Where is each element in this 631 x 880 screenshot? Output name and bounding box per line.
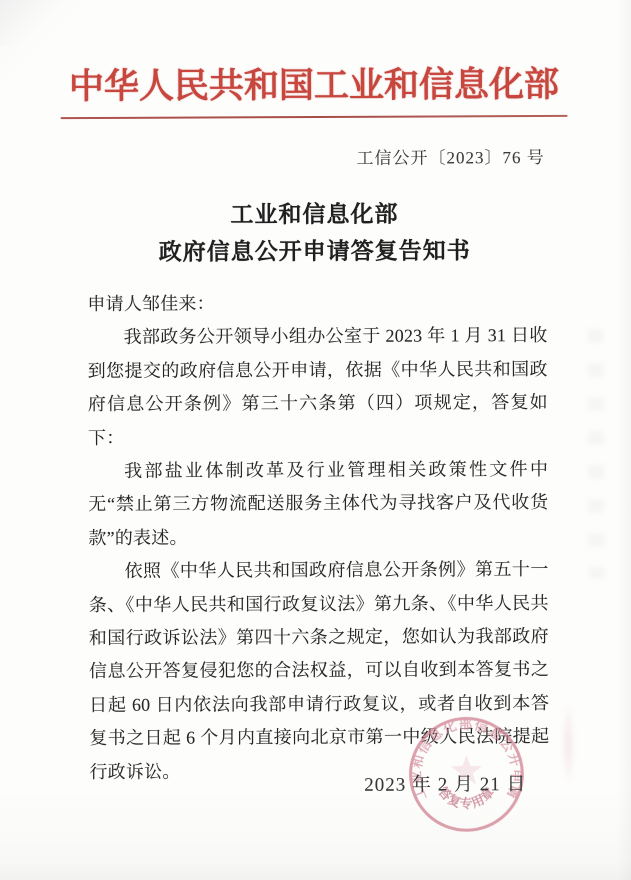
body-paragraph: 我部盐业体制改革及行业管理相关政策性文件中无“禁止第三方物流配送服务主体代为寻找… [88, 453, 548, 555]
document-number: 工信公开〔2023〕76 号 [356, 143, 544, 169]
letterhead-divider-rule [61, 115, 568, 119]
document-title-line1: 工业和信息化部 [0, 195, 630, 235]
letterhead-org-name: 中华人民共和国工业和信息化部 [0, 57, 630, 110]
document-title: 工业和信息化部 政府信息公开申请答复告知书 [0, 195, 630, 272]
scan-ghost-bleedthrough [588, 329, 605, 579]
document-title-line2: 政府信息公开申请答复告知书 [0, 232, 630, 272]
scanned-document-page: 中华人民共和国工业和信息化部 工信公开〔2023〕76 号 工业和信息化部 政府… [0, 0, 631, 880]
body-paragraph: 我部政务公开领导小组办公室于 2023 年 1 月 31 日收到您提交的政府信息… [87, 319, 548, 455]
signoff-date: 2023 年 2 月 21 日 [364, 769, 526, 797]
scan-smudge-pink [561, 699, 575, 789]
salutation: 申请人邹佳来： [87, 286, 547, 321]
